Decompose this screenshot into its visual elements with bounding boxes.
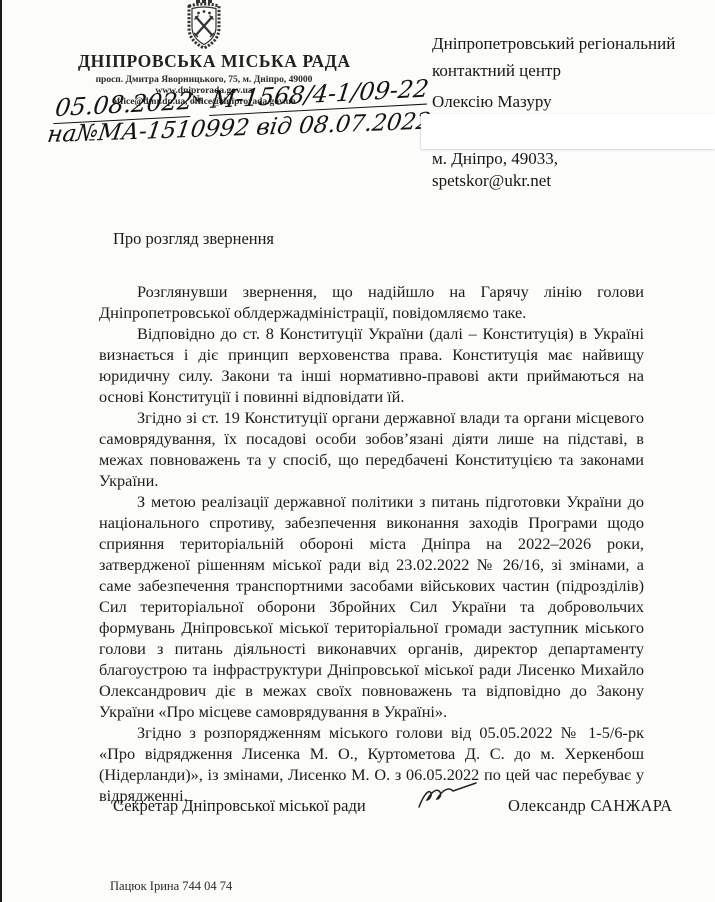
recipient-name: Олексію Мазуру [432, 92, 552, 112]
body-paragraph: Відповідно до ст. 8 Конституції України … [99, 323, 644, 407]
body-paragraph: Розглянувши звернення, що надійшло на Га… [99, 281, 644, 323]
number-sign: № [192, 93, 204, 106]
org-name: ДНІПРОВСЬКА МІСЬКА РАДА [78, 51, 330, 72]
recipient-org-line1: Дніпропетровський регіональний [432, 30, 702, 57]
scanned-letter-page: ДНІПРОВСЬКА МІСЬКА РАДА просп. Дмитра Яв… [0, 0, 715, 902]
letter-body: Розглянувши звернення, що надійшло на Га… [99, 281, 644, 806]
executor-contact: Пацюк Ірина 744 04 74 [110, 879, 232, 894]
recipient-city: м. Дніпро, 49033, [432, 149, 558, 169]
signer-name: Олександр САНЖАРА [508, 796, 672, 816]
body-paragraph: Згідно зі ст. 19 Конституції органи держ… [99, 407, 644, 491]
redacted-address-box [421, 114, 715, 149]
body-paragraph: З метою реалізації державної політики з … [99, 491, 644, 722]
signer-position: Секретар Дніпровської міської ради [113, 796, 366, 816]
letter-subject: Про розгляд звернення [113, 229, 274, 249]
recipient-email: spetskor@ukr.net [432, 171, 551, 191]
recipient-organization: Дніпропетровський регіональний контактни… [432, 30, 702, 84]
recipient-org-line2: контактний центр [432, 57, 702, 84]
logo-wrap [78, 0, 330, 49]
scan-edge-artifact [0, 0, 2, 902]
handwritten-signature-icon [416, 780, 480, 819]
body-paragraph: Згідно з розпорядженням міського голови … [99, 722, 644, 806]
